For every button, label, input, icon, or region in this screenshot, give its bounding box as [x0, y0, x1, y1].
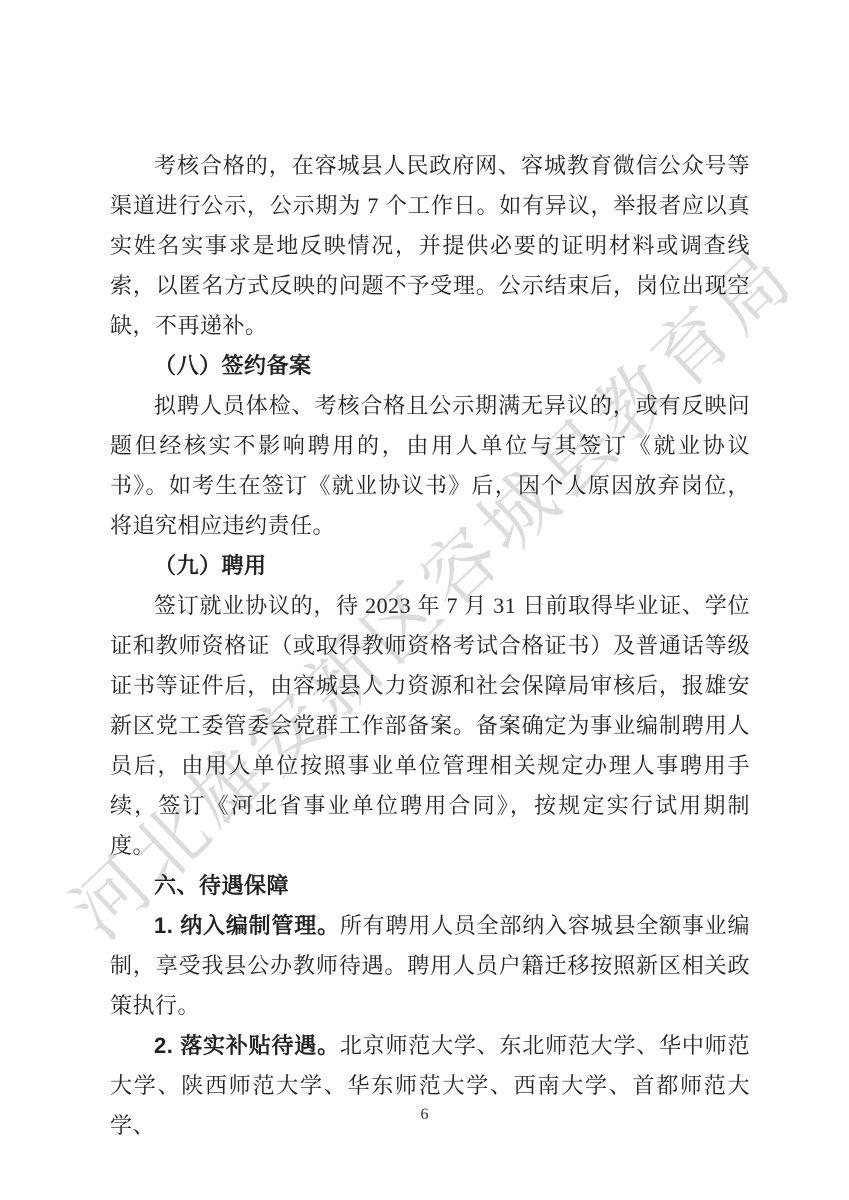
paragraph-employment: 签订就业协议的，待 2023 年 7 月 31 日前取得毕业证、学位证和教师资格…	[110, 586, 750, 866]
heading-section-8-signing-record: （八）签约备案	[110, 346, 750, 386]
paragraph-item-2: 2. 落实补贴待遇。北京师范大学、东北师范大学、华中师范大学、陕西师范大学、华东…	[110, 1026, 750, 1146]
document-page: 河北雄安新区容城县教育局 考核合格的，在容城县人民政府网、容城教育微信公众号等渠…	[0, 0, 849, 1200]
paragraph-signing: 拟聘人员体检、考核合格且公示期满无异议的，或有反映问题但经核实不影响聘用的，由用…	[110, 386, 750, 546]
item-1-lead: 1. 纳入编制管理。	[154, 913, 340, 938]
page-number: 6	[0, 1104, 849, 1126]
heading-section-9-employment: （九）聘用	[110, 546, 750, 586]
document-body: 考核合格的，在容城县人民政府网、容城教育微信公众号等渠道进行公示，公示期为 7 …	[110, 146, 750, 1146]
paragraph-publicity: 考核合格的，在容城县人民政府网、容城教育微信公众号等渠道进行公示，公示期为 7 …	[110, 146, 750, 346]
item-2-lead: 2. 落实补贴待遇。	[154, 1033, 340, 1058]
paragraph-item-1: 1. 纳入编制管理。所有聘用人员全部纳入容城县全额事业编制，享受我县公办教师待遇…	[110, 906, 750, 1026]
heading-chapter-6-benefits: 六、待遇保障	[110, 866, 750, 906]
